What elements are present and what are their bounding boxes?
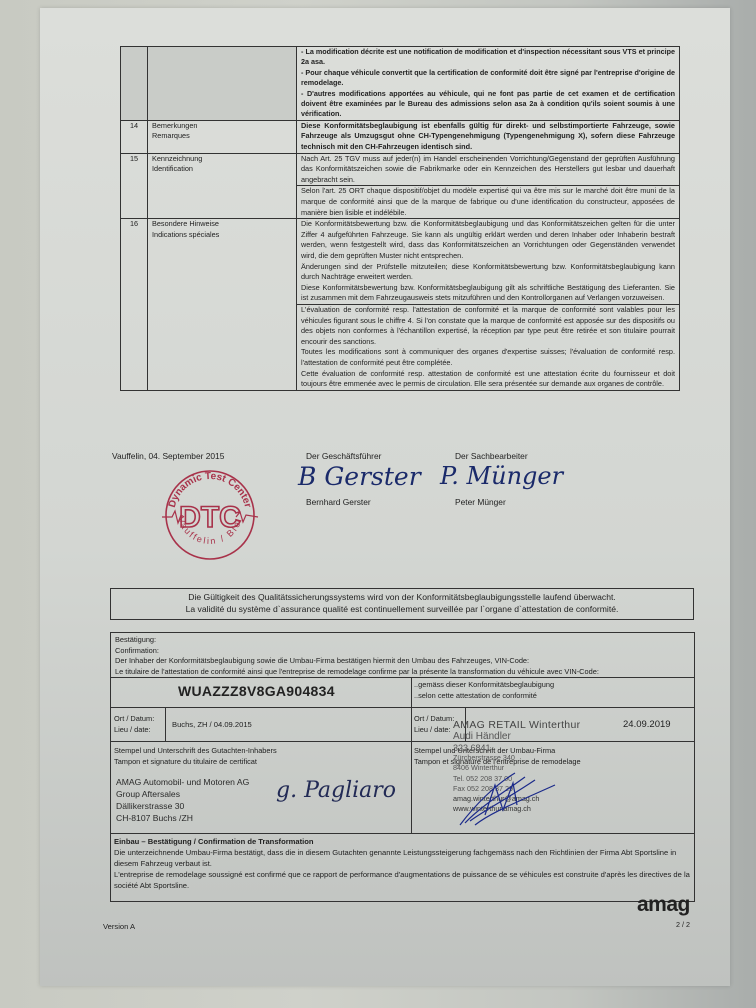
row-16-text-de-1: Die Konformitätsbewertung bzw. die Konfo… [301,219,675,261]
row-14-text: Diese Konformitätsbeglaubigung ist ebenf… [297,120,680,153]
officer-name: Peter Münger [455,497,506,508]
row-15-text-de: Nach Art. 25 TGV muss auf jeder(n) im Ha… [297,153,680,186]
table-row-continued: - La modification décrite est une notifi… [121,47,680,121]
left-place-label-fr: Lieu / date: [114,724,154,735]
director-name: Bernhard Gerster [306,497,371,508]
officer-title: Der Sachbearbeiter [455,451,528,462]
right-place-label-de: Ort / Datum: [414,713,454,724]
row-15-text-fr: Selon l'art. 25 ORT chaque dispositif/ob… [297,186,680,219]
quality-notice: Die Gültigkeit des Qualitätssicherungssy… [110,588,694,620]
row-number: 14 [121,120,148,153]
stamp-line: Zürcherstrasse 340 [453,753,539,763]
row-label-de: Kennzeichnung [152,154,292,165]
row-16-text-de-3: Diese Konformitätsbewertung bzw. Konform… [301,283,675,304]
dtc-stamp-icon: Dynamic Test Center Vauffelin / Biel DTC [160,465,260,565]
place-date: Vauffelin, 04. September 2015 [112,451,224,462]
amag-logo: amag [637,893,690,917]
row-number: 16 [121,219,148,391]
according-fr: ..selon cette attestation de conformité [414,691,554,702]
right-signature-icon [455,765,565,830]
installation-title: Einbau – Bestätigung / Confirmation de T… [114,836,692,847]
quality-notice-fr: La validité du système d`assurance quali… [111,603,693,615]
stamp-logo: DTC [179,501,241,534]
row-16-text-de-2: Änderungen sind der Prüfstelle mitzuteil… [301,262,675,283]
right-place-value: AMAG RETAIL Winterthur [453,719,580,731]
left-place-label-de: Ort / Datum: [114,713,154,724]
row-continued-line-3: - D'autres modifications apportées au vé… [301,89,675,120]
row-number: 15 [121,153,148,219]
director-title: Der Geschäftsführer [306,451,381,462]
confirmation-statement-fr: Le titulaire de l'attestation de conform… [115,667,690,678]
left-signature: g. Pagliaro [276,778,396,803]
installation-text-de: Die unterzeichnende Umbau-Firma bestätig… [114,847,692,869]
stamp-line: Dällikerstrasse 30 [116,800,249,812]
row-label-de: Bemerkungen [152,121,292,132]
left-stamp-label: Stempel und Unterschrift des Gutachten-I… [114,745,277,767]
quality-notice-de: Die Gültigkeit des Qualitätssicherungssy… [111,591,693,603]
row-16-text-fr-3: Cette évaluation de conformité resp. att… [301,369,675,390]
row-continued-line-1: - La modification décrite est une notifi… [301,47,675,68]
stamp-line: Group Aftersales [116,788,249,800]
stamp-line: AMAG Automobil- und Motoren AG [116,776,249,788]
row-continued-line-2: - Pour chaque véhicule convertit que la … [301,68,675,89]
left-stamp-label-fr: Tampon et signature du titulaire de cert… [114,756,277,767]
row-label-de: Besondere Hinweise [152,219,292,230]
right-place-label: Ort / Datum: Lieu / date: [414,713,454,735]
table-row-15: 15 KennzeichnungIdentification Nach Art.… [121,153,680,186]
director-signature: B Gerster [298,462,421,491]
row-label-fr: Indications spéciales [152,230,292,241]
row-label-fr: Identification [152,164,292,175]
officer-signature: P. Münger [440,462,563,490]
left-place-label: Ort / Datum: Lieu / date: [114,713,154,735]
right-place-label-fr: Lieu / date: [414,724,454,735]
installation-section: Einbau – Bestätigung / Confirmation de T… [114,836,692,891]
confirmation-label-fr: Confirmation: [115,646,690,657]
confirmation-label-de: Bestätigung: [115,635,690,646]
row-16-text-fr-2: Toutes les modifications sont à communiq… [301,347,675,368]
left-company-stamp: AMAG Automobil- und Motoren AG Group Aft… [116,776,249,824]
table-row-16: 16 Besondere HinweiseIndications spécial… [121,219,680,305]
stamp-line: 323 6841 [453,743,539,753]
left-stamp-label-de: Stempel und Unterschrift des Gutachten-I… [114,745,277,756]
vin-code: WUAZZZ8V8GA904834 [178,683,335,699]
stamp-line: Audi Händler [453,731,539,743]
right-date-value: 24.09.2019 [623,719,671,730]
installation-text-fr: L'entreprise de remodelage soussigné est… [114,869,692,891]
stamp-line: CH-8107 Buchs /ZH [116,812,249,824]
page-number: 2 / 2 [676,920,690,929]
confirmation-statement-de: Der Inhaber der Konformitätsbeglaubigung… [115,656,690,667]
table-row-14: 14 BemerkungenRemarques Diese Konformitä… [121,120,680,153]
conformity-table: - La modification décrite est une notifi… [120,46,680,391]
according-note: ..gemäss dieser Konformitätsbeglaubigung… [414,680,554,701]
row-label-fr: Remarques [152,131,292,142]
according-de: ..gemäss dieser Konformitätsbeglaubigung [414,680,554,691]
row-16-text-fr-1: L'évaluation de conformité resp. l'attes… [301,305,675,347]
left-place-value: Buchs, ZH / 04.09.2015 [172,720,252,729]
version-label: Version A [103,922,135,931]
